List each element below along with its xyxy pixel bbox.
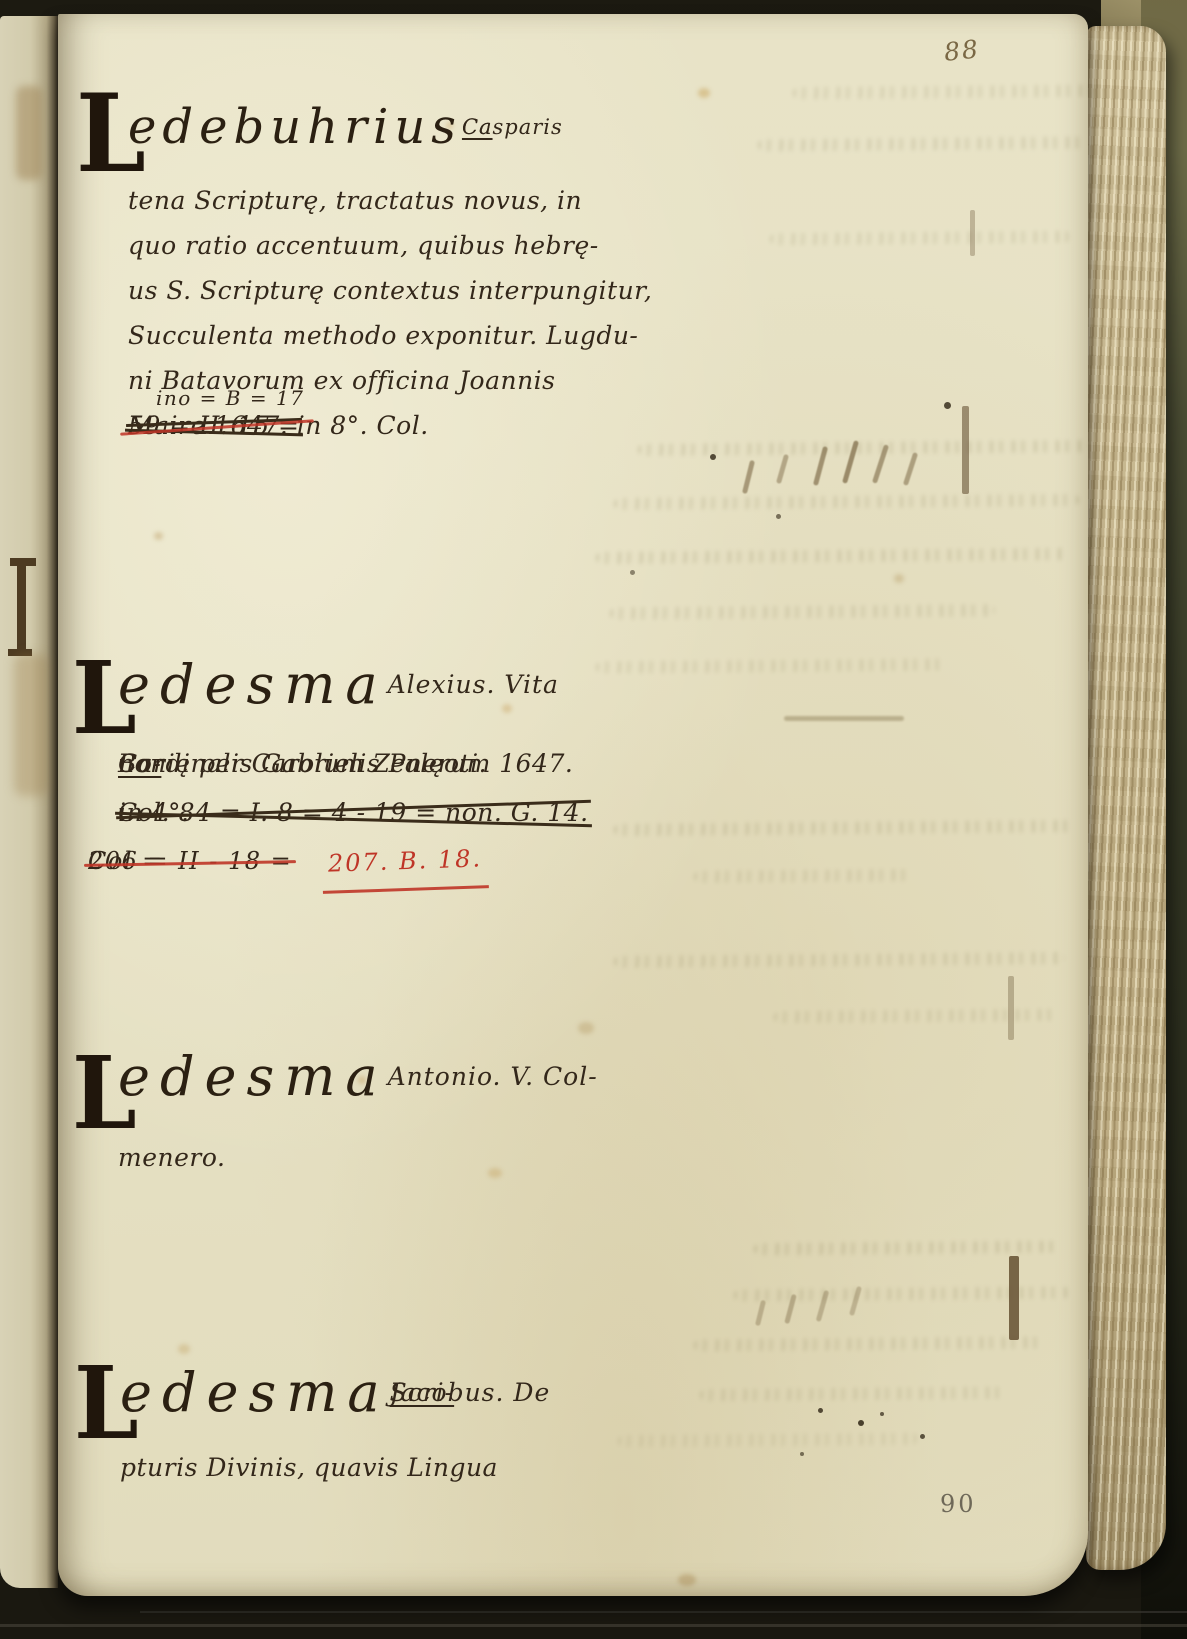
catchword: Scri- xyxy=(390,1368,455,1417)
ink-speck xyxy=(920,1434,925,1439)
shelfmark-correction: 59 = II. 15 =ino = B = 17 xyxy=(128,403,300,448)
bleed-through-line xyxy=(614,494,1079,510)
margin-mark xyxy=(1008,976,1014,1040)
showthrough-stroke xyxy=(903,452,918,486)
table-edge-highlight xyxy=(0,1624,1187,1627)
margin-mark xyxy=(1009,1256,1019,1340)
showthrough-stroke xyxy=(816,1290,830,1322)
showthrough-stroke xyxy=(776,454,789,484)
bleed-through-line xyxy=(758,137,1088,152)
facing-page-edge xyxy=(0,16,58,1588)
ink-speck xyxy=(800,1452,804,1456)
ink-speck xyxy=(776,514,781,519)
entry-body: edesma Antonio. V. Col- menero. xyxy=(118,1036,638,1182)
margin-mark xyxy=(962,406,969,494)
author-name: edesma xyxy=(120,1361,390,1424)
entry-text-line: nonię per Carolum Zenerum 1647. xyxy=(118,739,638,788)
entry-body: edesma Jacobus. De Scri- pturis Divinis,… xyxy=(120,1354,640,1492)
ink-speck xyxy=(944,402,951,409)
author-name: edebuhrius xyxy=(128,99,462,155)
entry-text-line: pturis Divinis, quavis Lingua xyxy=(120,1443,640,1492)
entry-shelfmark-line: in 4°. Col. 84 = I. 8 = 4 - 19 = non. G.… xyxy=(118,788,638,837)
showthrough-stroke xyxy=(755,1300,766,1326)
foxing-stain xyxy=(894,574,904,583)
foxing-stain xyxy=(178,1344,190,1354)
red-struck-shelfmark: 206 = II - 18 = xyxy=(88,837,292,886)
bleed-through-line xyxy=(774,1009,1059,1023)
red-ink-correction: 207. B. 18. xyxy=(321,834,489,894)
showthrough-stroke xyxy=(842,440,859,484)
entry-heading-line: edesma Antonio. V. Col- xyxy=(118,1036,638,1111)
bleed-through-line xyxy=(596,548,1066,564)
manuscript-page: 88 L edebuhrius Casparis Ca tena Scriptu… xyxy=(58,14,1088,1596)
bleed-through-line xyxy=(614,820,1074,836)
foxing-stain xyxy=(154,532,163,540)
book-fore-edge xyxy=(1086,26,1166,1570)
ink-speck xyxy=(880,1412,884,1416)
bleed-through-line xyxy=(793,85,1093,100)
entry-heading-line: edebuhrius Casparis Ca xyxy=(128,78,648,166)
bleed-through-line xyxy=(694,1336,1044,1351)
entry-text-line: tena Scripturę, tractatus novus, in xyxy=(128,178,648,223)
bleed-through-line xyxy=(638,440,1088,456)
entry-body: edesma Alexius. Vita Cardinalis Gabrieli… xyxy=(118,639,638,886)
catalog-entry-ledesma-antonio: L edesma Antonio. V. Col- menero. xyxy=(72,1036,632,1182)
showthrough-initial-stem xyxy=(8,558,38,656)
entry-text-line: quo ratio accentuum, quibus hebrę- xyxy=(128,223,648,268)
author-forename: Alexius. Vita xyxy=(388,655,559,715)
ink-speck xyxy=(858,1420,864,1426)
ink-smudge xyxy=(14,654,48,796)
entry-correction-line: Col = 206 = II - 18 =207. B. 18. xyxy=(88,837,638,886)
ink-smudge xyxy=(16,86,42,180)
entry-text-line: Succulenta methodo exponitur. Lugdu- xyxy=(128,313,648,358)
author-name: edesma xyxy=(118,1045,388,1108)
entry-text-line: menero. xyxy=(118,1133,638,1182)
author-name: edesma xyxy=(118,653,388,716)
showthrough-stroke xyxy=(872,444,889,484)
entry-text-line: us S. Scripturę contextus interpungitur, xyxy=(128,268,648,313)
folio-number: 88 xyxy=(943,34,982,67)
catalog-entry-ledesma-jacobus: L edesma Jacobus. De Scri- pturis Divini… xyxy=(74,1354,634,1492)
ink-speck xyxy=(818,1408,823,1413)
bleed-through-line xyxy=(618,1433,918,1448)
foxing-stain xyxy=(678,1574,696,1586)
showthrough-stroke xyxy=(849,1286,862,1316)
catalog-entry-ledebuhrius: L edebuhrius Casparis Ca tena Scripturę,… xyxy=(76,78,636,448)
pencil-page-number: 90 xyxy=(940,1490,977,1518)
margin-mark xyxy=(970,210,975,256)
bleed-through-dash xyxy=(784,716,904,721)
author-forename: Antonio. V. Col- xyxy=(388,1052,598,1101)
manuscript-photo: 88 L edebuhrius Casparis Ca tena Scriptu… xyxy=(0,0,1187,1639)
bleed-through-line xyxy=(610,604,995,619)
foxing-stain xyxy=(578,1022,594,1034)
ink-speck xyxy=(630,570,635,575)
bleed-through-line xyxy=(694,869,909,883)
showthrough-stroke xyxy=(742,460,755,494)
interlinear-correction: ino = B = 17 xyxy=(156,376,304,421)
catchword: Ca xyxy=(462,96,493,158)
entry-heading-line: edesma Alexius. Vita xyxy=(118,639,638,725)
bleed-through-line xyxy=(614,952,1064,968)
showthrough-stroke xyxy=(784,1294,797,1324)
entry-heading-line: edesma Jacobus. De Scri- xyxy=(120,1354,640,1427)
catalog-entry-ledesma-alexius: L edesma Alexius. Vita Cardinalis Gabrie… xyxy=(72,639,652,886)
entry-shelfmark-line: Maire 1647. in 8°. Col. 59 = II. 15 =ino… xyxy=(128,403,648,448)
bleed-through-line xyxy=(700,1387,1005,1402)
bleed-through-line xyxy=(770,231,1070,246)
struck-shelfmark: Col. 84 = I. 8 = 4 - 19 = non. G. 14. xyxy=(118,788,589,837)
table-edge-line xyxy=(140,1611,1187,1613)
ink-speck xyxy=(710,454,716,460)
foxing-stain xyxy=(698,88,710,98)
showthrough-stroke xyxy=(813,446,828,486)
bleed-through-line xyxy=(754,1241,1059,1256)
entry-body: edebuhrius Casparis Ca tena Scripturę, t… xyxy=(128,78,648,448)
